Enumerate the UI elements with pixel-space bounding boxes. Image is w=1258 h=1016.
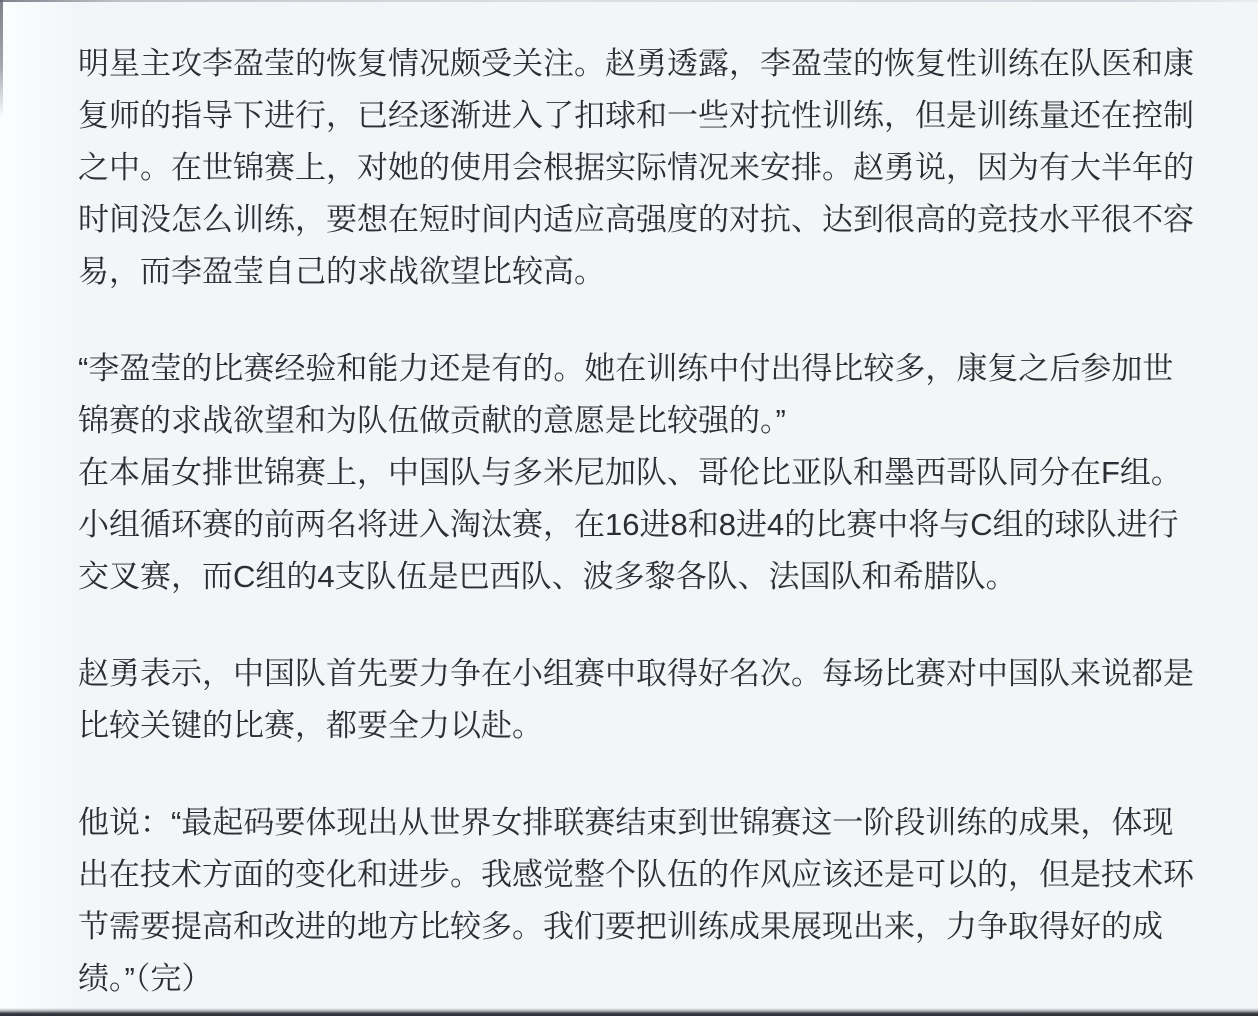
text-line: 出在技术方面的变化和进步。我感觉整个队伍的作风应该还是可以的，但是技术环	[78, 849, 1238, 901]
text-line: 在本届女排世锦赛上，中国队与多米尼加队、哥伦比亚队和墨西哥队同分在F组。	[78, 447, 1238, 499]
text-line: 之中。在世锦赛上，对她的使用会根据实际情况来安排。赵勇说，因为有大半年的	[78, 142, 1238, 194]
paragraph: 他说：“最起码要体现出从世界女排联赛结束到世锦赛这一阶段训练的成果，体现出在技术…	[78, 797, 1238, 1005]
screen-edge-bottom	[0, 1008, 1258, 1016]
text-line: 小组循环赛的前两名将进入淘汰赛，在16进8和8进4的比赛中将与C组的球队进行	[78, 499, 1238, 551]
text-line: 绩。”（完）	[78, 953, 1238, 1005]
paragraph: “李盈莹的比赛经验和能力还是有的。她在训练中付出得比较多，康复之后参加世锦赛的求…	[78, 343, 1238, 603]
text-line: 赵勇表示，中国队首先要力争在小组赛中取得好名次。每场比赛对中国队来说都是	[78, 648, 1238, 700]
text-line: 节需要提高和改进的地方比较多。我们要把训练成果展现出来，力争取得好的成	[78, 901, 1238, 953]
paragraph: 明星主攻李盈莹的恢复情况颇受关注。赵勇透露，李盈莹的恢复性训练在队医和康复师的指…	[78, 38, 1238, 298]
text-line: 他说：“最起码要体现出从世界女排联赛结束到世锦赛这一阶段训练的成果，体现	[78, 797, 1238, 849]
article-page: { "page": { "background_color": "#f4f5f7…	[0, 0, 1258, 1016]
text-line: 易，而李盈莹自己的求战欲望比较高。	[78, 246, 1238, 298]
text-line: 复师的指导下进行，已经逐渐进入了扣球和一些对抗性训练，但是训练量还在控制	[78, 90, 1238, 142]
text-line: 比较关键的比赛，都要全力以赴。	[78, 700, 1238, 752]
paragraph: 赵勇表示，中国队首先要力争在小组赛中取得好名次。每场比赛对中国队来说都是比较关键…	[78, 648, 1238, 752]
text-line: “李盈莹的比赛经验和能力还是有的。她在训练中付出得比较多，康复之后参加世	[78, 343, 1238, 395]
text-line: 交叉赛，而C组的4支队伍是巴西队、波多黎各队、法国队和希腊队。	[78, 551, 1238, 603]
text-line: 锦赛的求战欲望和为队伍做贡献的意愿是比较强的。”	[78, 395, 1238, 447]
screen-edge-top	[0, 0, 1258, 2]
screen-edge-top-left	[0, 0, 3, 118]
text-line: 时间没怎么训练，要想在短时间内适应高强度的对抗、达到很高的竞技水平很不容	[78, 194, 1238, 246]
article-body: 明星主攻李盈莹的恢复情况颇受关注。赵勇透露，李盈莹的恢复性训练在队医和康复师的指…	[78, 38, 1238, 1005]
text-line: 明星主攻李盈莹的恢复情况颇受关注。赵勇透露，李盈莹的恢复性训练在队医和康	[78, 38, 1238, 90]
